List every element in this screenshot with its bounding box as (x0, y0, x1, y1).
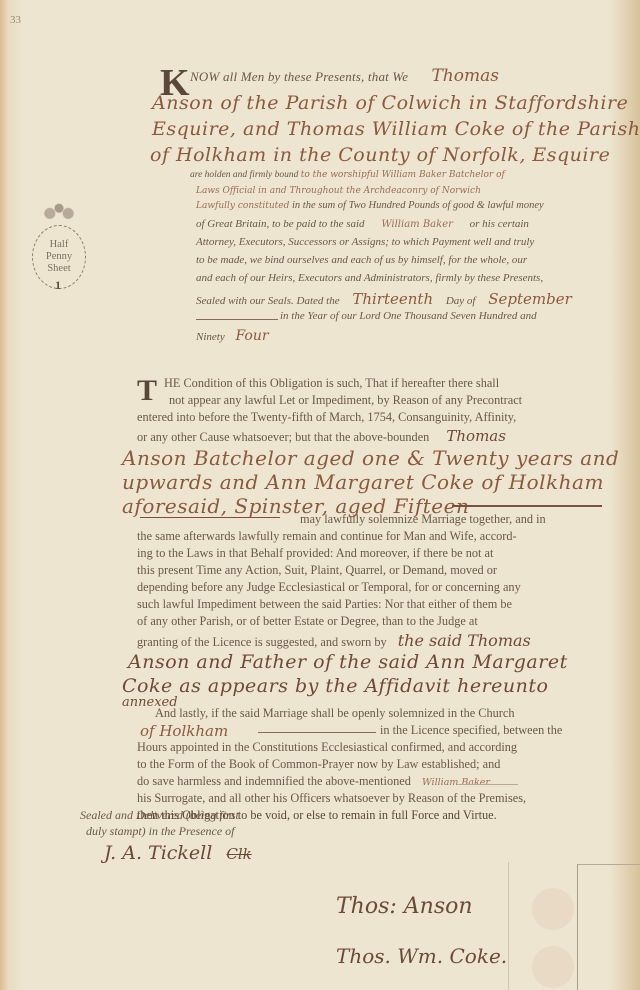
bond-line-4: of Holkham in the County of Norfolk, Esq… (150, 144, 610, 166)
blank-rule (258, 732, 376, 733)
signature-anson: Thos: Anson (336, 894, 473, 919)
bond-line-2: Anson of the Parish of Colwich in Staffo… (152, 92, 628, 114)
condition-line: do save harmless and indemnified the abo… (137, 774, 490, 789)
condition-line: entered into before the Twenty-fifth of … (137, 410, 516, 425)
handwritten-line: Anson and Father of the said Ann Margare… (128, 651, 568, 673)
seal-area-line (508, 862, 509, 990)
seal-mark (532, 888, 574, 930)
handwritten-line: Coke as appears by the Affidavit hereunt… (122, 675, 548, 697)
condition-line: the same afterwards lawfully remain and … (137, 529, 517, 544)
bond-line-7: Lawfully constituted in the sum of Two H… (196, 200, 544, 211)
bond-line-14: Ninety Four (196, 328, 269, 344)
stamp-line: Sheet (47, 263, 70, 275)
condition-line: granting of the Licence is suggested, an… (137, 631, 531, 650)
condition-line: HE Condition of this Obligation is such,… (164, 376, 499, 391)
bond-line-9: Attorney, Executors, Successors or Assig… (196, 236, 534, 248)
bond-line-6: Laws Official in and Throughout the Arch… (196, 186, 481, 196)
condition-line: ing to the Laws in that Behalf provided:… (137, 546, 493, 561)
bond-line-13: in the Year of our Lord One Thousand Sev… (280, 310, 537, 322)
bond-line-8: of Great Britain, to be paid to the said… (196, 218, 529, 230)
stamp-number: 1 (55, 278, 61, 293)
bond-line-10: to be made, we bind ourselves and each o… (196, 254, 527, 266)
bond-line-1: NOW all Men by these Presents, that We T… (190, 66, 499, 86)
condition-line: And lastly, if the said Marriage shall b… (155, 706, 514, 721)
blank-rule (452, 505, 602, 507)
witness-line: Sealed and Delivered (being first (80, 807, 239, 823)
witness-signature: J. A. Tickell Clk (104, 842, 252, 864)
bond-line-11: and each of our Heirs, Executors and Adm… (196, 272, 543, 284)
stamp-line: Penny (46, 251, 72, 263)
condition-line: to the Form of the Book of Common-Prayer… (137, 757, 500, 772)
bond-line-5: are holden and firmly bound to the worsh… (190, 170, 505, 180)
document-page: 33 Half Penny Sheet 1 K NOW all Men by t… (0, 0, 640, 990)
handwritten-church: of Holkham (140, 722, 228, 740)
seal-mark (532, 946, 574, 988)
blank-rule (196, 319, 278, 320)
condition-line: this present Time any Action, Suit, Plai… (137, 563, 497, 578)
condition-line: his Surrogate, and all other his Officer… (137, 791, 526, 806)
bond-line-12: Sealed with our Seals. Dated the Thirtee… (196, 290, 572, 308)
condition-line: may lawfully solemnize Marriage together… (300, 512, 546, 527)
condition-line: depending before any Judge Ecclesiastica… (137, 580, 521, 595)
condition-line: or any other Cause whatsoever; but that … (137, 427, 506, 445)
blank-rule (140, 517, 280, 518)
condition-line: Hours appointed in the Constitutions Ecc… (137, 740, 517, 755)
condition-line: not appear any lawful Let or Impediment,… (169, 393, 522, 408)
handwritten-line: Anson Batchelor aged one & Twenty years … (122, 446, 619, 470)
witness-line: duly stampt) in the Presence of (80, 823, 239, 839)
condition-line: such lawful Impediment between the said … (137, 597, 512, 612)
witness-block: Sealed and Delivered (being first duly s… (80, 807, 239, 839)
drop-cap-t: T (137, 376, 157, 406)
attached-affidavit-edge (577, 864, 640, 990)
stamp-line: Half (50, 239, 69, 251)
blank-rule (458, 784, 518, 785)
struck-text: Clk (226, 845, 251, 863)
condition-line: of any other Parish, or of better Estate… (137, 614, 478, 629)
folio-number: 33 (10, 14, 21, 26)
signature-coke: Thos. Wm. Coke. (336, 944, 507, 968)
handwritten-line: upwards and Ann Margaret Coke of Holkham (122, 470, 604, 494)
condition-line: in the Licence specified, between the (380, 723, 562, 738)
bond-line-3: Esquire, and Thomas William Coke of the … (152, 118, 640, 140)
